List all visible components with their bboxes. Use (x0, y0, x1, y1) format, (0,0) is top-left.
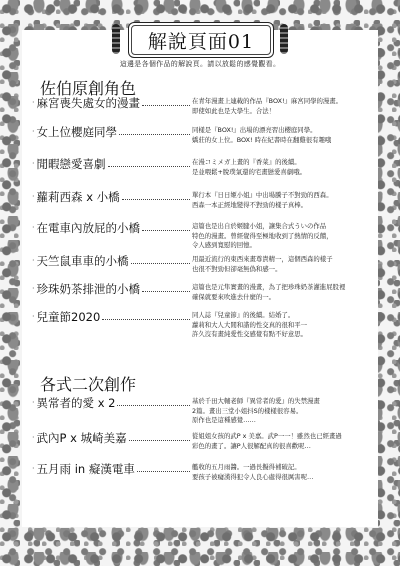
dot-leader (142, 282, 190, 292)
entry-description: 這篇也是出自於姬腱小姐，讓集合式ういの作品特色的漫畫。曾經覺得至極地收到了熱情的… (192, 222, 368, 251)
list-item: ·閒暇戀愛喜劇 在漫コミメガ上畫的『香菜』的後續。是並喂鬆+脫璞氣還的宅畫戀愛喜… (32, 157, 372, 177)
entry-description: 從姐姐女孩的武P x 美嘉。武P一一！雖然也已經畫過彩色的畫了。讓P人很解配真的… (192, 432, 368, 451)
entry-title: 蘿莉西森 x 小橋 (37, 190, 120, 204)
bullet-icon: · (32, 282, 35, 296)
entry-description: 這篇也是元隼實畫的漫畫，為了把珍珠奶茶灌進屁股裡確保就要來吹進去什麼的一。 (192, 283, 368, 302)
entry-description: 在青年漫畫上連載的作品『BOX!』麻宮同學的漫畫。即使如此也是大學生。合法！ (192, 97, 368, 116)
entry-title: 兒童節2020 (37, 310, 101, 324)
list-item: ·麻宮喪失處女的漫畫 在青年漫畫上連載的作品『BOX!』麻宮同學的漫畫。即使如此… (32, 96, 372, 116)
entry-title: 五月雨 in 癡漢電車 (37, 462, 135, 476)
entry-title: 異常者的愛 x 2 (37, 396, 116, 410)
dot-leader (142, 96, 190, 106)
bullet-icon: · (32, 190, 35, 204)
title-plaque: 解說頁面01 (128, 22, 274, 58)
dot-leader (131, 254, 190, 264)
page-title: 解說頁面01 (148, 27, 254, 54)
dot-leader (137, 462, 190, 472)
bullet-icon: · (32, 125, 35, 139)
entry-description: 艦收的五月雨醬。一過長擬得補破記。要孩子被癡漢得犯令人良心處得很厲害呢… (192, 463, 368, 482)
list-item: ·異常者的愛 x 2 基於千田大輔老師『異常者的愛』的失禁漫畫2篇。畫出三堂小姐… (32, 396, 372, 426)
bullet-icon: · (32, 254, 35, 268)
list-item: ·天竺鼠車車的小橋 用最近流行的東西來畫尊貴精一，這個西森的樣子也很不對勁但卻毫… (32, 254, 372, 274)
bullet-icon: · (32, 396, 35, 410)
entry-description: 同人誌『兒童節』的後續。結婚了。蘿莉和大人大閒和諧的性交真的很和平一許久沒有畫純… (192, 311, 368, 340)
list-item: ·兒童節2020 同人誌『兒童節』的後續。結婚了。蘿莉和大人大閒和諧的性交真的很… (32, 310, 372, 340)
dot-leader (117, 396, 190, 406)
entry-description: 單行本『日日姬小姐』中出場騰子不對勁的西森。西森一本正經地變得不對勁的樣子真棒。 (192, 191, 368, 210)
dot-leader (142, 221, 190, 231)
dot-leader (119, 125, 190, 135)
entry-title: 女上位櫻庭同學 (37, 125, 118, 139)
ornament-right-icon (280, 24, 288, 54)
list-item: ·蘿莉西森 x 小橋 單行本『日日姬小姐』中出場騰子不對勁的西森。西森一本正經地… (32, 190, 372, 210)
list-item: ·在電車內放屁的小橋 這篇也是出自於姬腱小姐，讓集合式ういの作品特色的漫畫。曾經… (32, 221, 372, 251)
dot-leader (102, 310, 190, 320)
entry-title: 武內P x 城崎美嘉 (37, 431, 127, 445)
entry-description: 同樣是『BOX!』出場的漂亮習出櫻庭同學。嬌莊的女上位。BOX! 時在紀書時在翻… (192, 126, 368, 145)
entry-title: 閒暇戀愛喜劇 (37, 157, 106, 171)
dot-leader (108, 157, 190, 167)
entry-description: 用最近流行的東西來畫尊貴精一，這個西森的樣子也很不對勁但卻毫無偽和感一。 (192, 255, 368, 274)
section-heading-fan-works: 各式二次創作 (40, 372, 136, 395)
bullet-icon: · (32, 310, 35, 324)
entry-title: 天竺鼠車車的小橋 (37, 254, 129, 268)
entry-description: 基於千田大輔老師『異常者的愛』的失禁漫畫2篇。畫出三堂小姐抖S的樣樣很容易。原作… (192, 397, 368, 426)
entry-title: 珍珠奶茶排泄的小橋 (37, 282, 141, 296)
list-item: ·女上位櫻庭同學 同樣是『BOX!』出場的漂亮習出櫻庭同學。嬌莊的女上位。BOX… (32, 125, 372, 145)
bullet-icon: · (32, 96, 35, 110)
list-item: ·武內P x 城崎美嘉 從姐姐女孩的武P x 美嘉。武P一一！雖然也已經畫過彩色… (32, 431, 372, 451)
bullet-icon: · (32, 462, 35, 476)
bullet-icon: · (32, 431, 35, 445)
entry-title: 麻宮喪失處女的漫畫 (37, 96, 141, 110)
bullet-icon: · (32, 221, 35, 235)
list-item: ·珍珠奶茶排泄的小橋 這篇也是元隼實畫的漫畫，為了把珍珠奶茶灌進屁股裡確保就要來… (32, 282, 372, 302)
dot-leader (129, 431, 190, 441)
dot-leader (122, 190, 190, 200)
entry-description: 在漫コミメガ上畫的『香菜』的後續。是並喂鬆+脫璞氣還的宅畫戀愛喜劇哦。 (192, 158, 368, 177)
page-subtitle: 這邊是各個作品的解說頁。請以放鬆的感覺觀看。 (0, 59, 400, 69)
bullet-icon: · (32, 157, 35, 171)
list-item: ·五月雨 in 癡漢電車 艦收的五月雨醬。一過長擬得補破記。要孩子被癡漢得犯令人… (32, 462, 372, 482)
ornament-left-icon (112, 24, 120, 54)
entry-title: 在電車內放屁的小橋 (37, 221, 141, 235)
